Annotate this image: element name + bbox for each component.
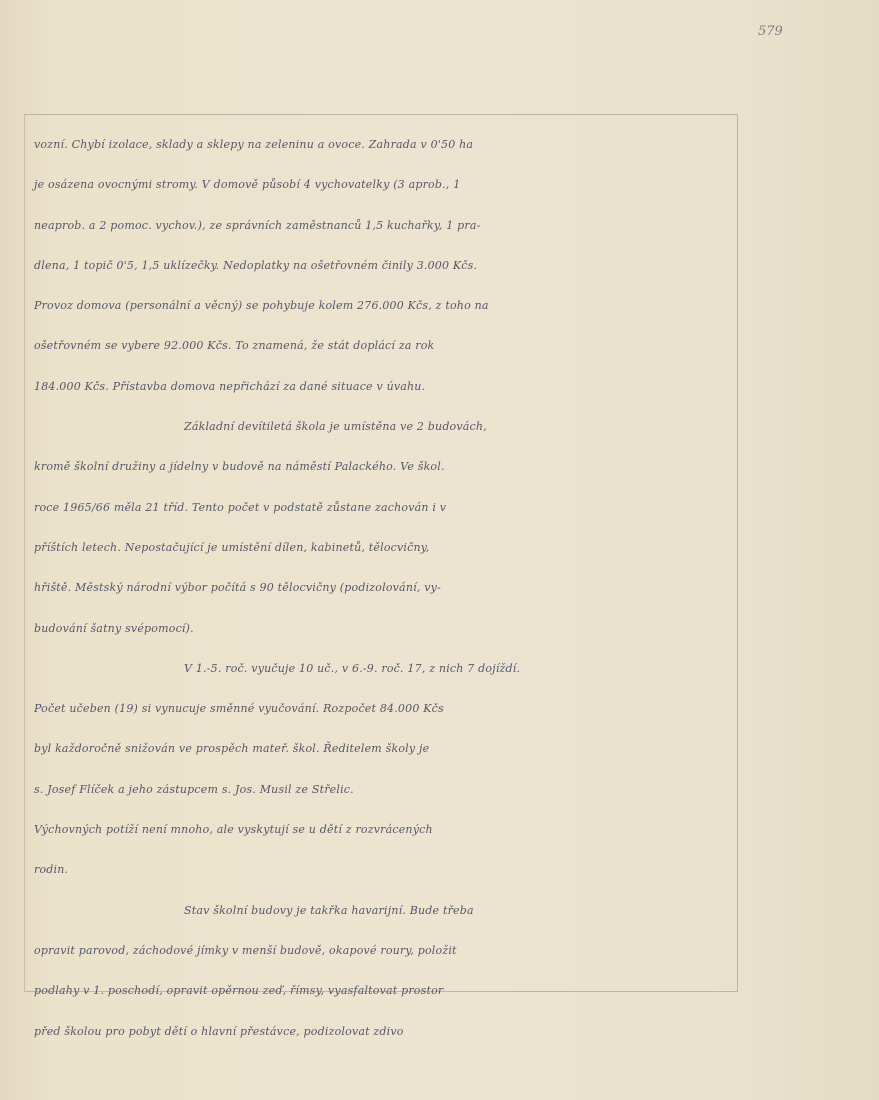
text-line: vozní. Chybí izolace, sklady a sklepy na… <box>34 132 734 172</box>
text-line: Provoz domova (personální a věcný) se po… <box>34 293 734 333</box>
text-line: je osázena ovocnými stromy. V domově půs… <box>34 172 734 212</box>
text-line: Základní devítiletá škola je umístěna ve… <box>34 414 734 454</box>
handwritten-text: vozní. Chybí izolace, sklady a sklepy na… <box>34 132 734 1059</box>
text-line: V 1.-5. roč. vyučuje 10 uč., v 6.-9. roč… <box>34 656 734 696</box>
text-line: podlahy v 1. poschodí, opravit opěrnou z… <box>34 978 734 1018</box>
text-line: 184.000 Kčs. Přístavba domova nepřichází… <box>34 374 734 414</box>
text-line: roce 1965/66 měla 21 tříd. Tento počet v… <box>34 495 734 535</box>
text-line: příštích letech. Nepostačující je umístě… <box>34 535 734 575</box>
page-number: 579 <box>758 24 783 39</box>
text-line: s. Josef Flíček a jeho zástupcem s. Jos.… <box>34 777 734 817</box>
text-line: Výchovných potíží není mnoho, ale vyskyt… <box>34 817 734 857</box>
text-line: kromě školní družiny a jídelny v budově … <box>34 454 734 494</box>
text-line: před školou pro pobyt dětí o hlavní přes… <box>34 1019 734 1059</box>
text-line: byl každoročně snižován ve prospěch mate… <box>34 736 734 776</box>
text-line: Počet učeben (19) si vynucuje směnné vyu… <box>34 696 734 736</box>
text-line: hřiště. Městský národní výbor počítá s 9… <box>34 575 734 615</box>
text-line: neaprob. a 2 pomoc. vychov.), ze správní… <box>34 213 734 253</box>
text-line: opravit parovod, záchodové jímky v menší… <box>34 938 734 978</box>
text-line: ošetřovném se vybere 92.000 Kčs. To znam… <box>34 333 734 373</box>
text-line: Stav školní budovy je takřka havarijní. … <box>34 898 734 938</box>
text-line: dlena, 1 topič 0'5, 1,5 uklízečky. Nedop… <box>34 253 734 293</box>
text-line: budování šatny svépomocí). <box>34 616 734 656</box>
text-line: rodin. <box>34 857 734 897</box>
